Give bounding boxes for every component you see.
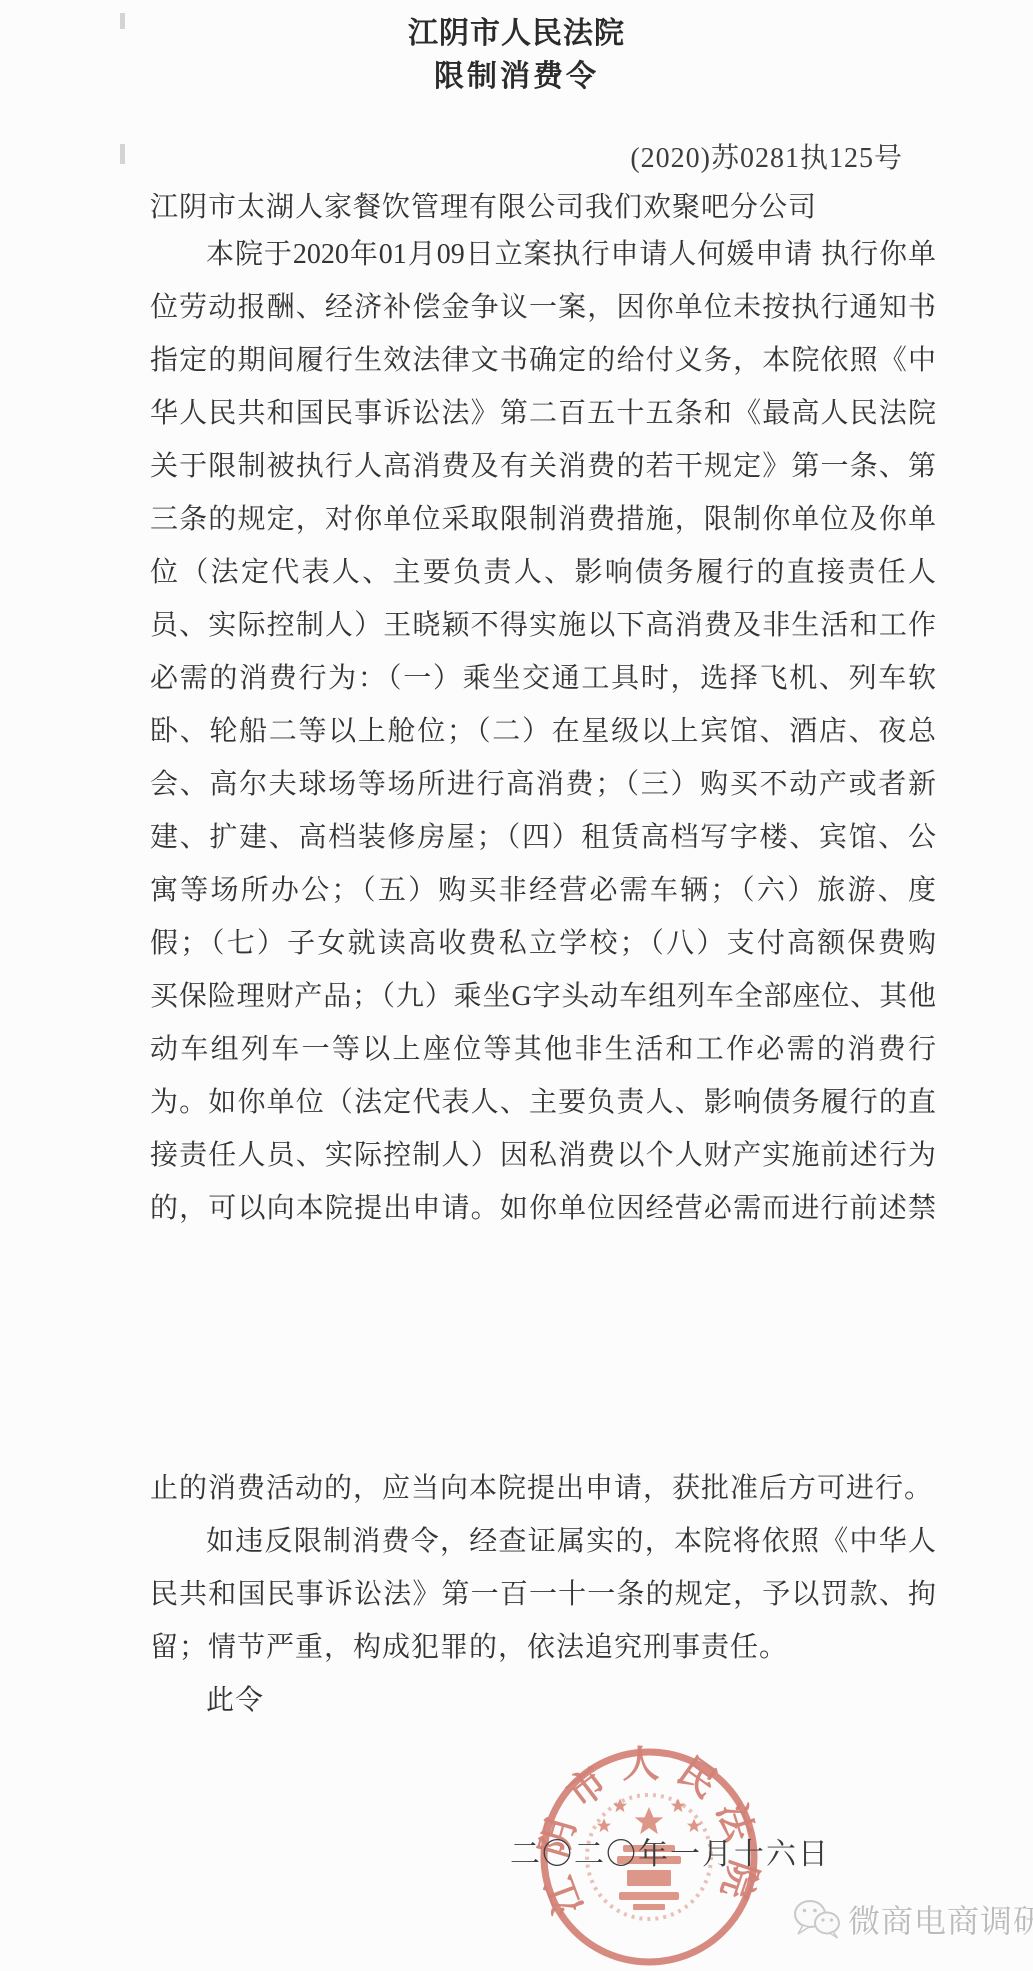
body-line: 卧、轮船二等以上舱位；（二）在星级以上宾馆、酒店、夜总 — [150, 705, 936, 758]
body-line: 寓等场所办公；（五）购买非经营必需车辆；（六）旅游、度 — [150, 864, 936, 917]
issue-date: 二〇二〇年一月十六日 — [510, 1829, 830, 1873]
body-line: 本院于2020年01月09日立案执行申请人何媛申请 执行你单 — [150, 228, 936, 281]
body-line: 员、实际控制人）王晓颖不得实施以下高消费及非生活和工作 — [150, 599, 936, 652]
body-line: 动车组列车一等以上座位等其他非生活和工作必需的消费行 — [150, 1023, 936, 1076]
body-line: 位（法定代表人、主要负责人、影响债务履行的直接责任人 — [150, 546, 936, 599]
body-line: 接责任人员、实际控制人）因私消费以个人财产实施前述行为 — [150, 1129, 936, 1182]
body-paragraph-1-continuation: 止的消费活动的，应当向本院提出申请，获批准后方可进行。 — [150, 1462, 980, 1515]
watermark-label: 微商电商调研 — [848, 1896, 1033, 1942]
body-paragraph-1: 本院于2020年01月09日立案执行申请人何媛申请 执行你单位劳动报酬、经济补偿… — [150, 228, 936, 1235]
body-paragraph-2: 如违反限制消费令，经查证属实的，本院将依照《中华人民共和国民事诉讼法》第一百一十… — [150, 1515, 936, 1674]
body-line: 为。如你单位（法定代表人、主要负责人、影响债务履行的直 — [150, 1076, 936, 1129]
body-line: 必需的消费行为：（一）乘坐交通工具时，选择飞机、列车软 — [150, 652, 936, 705]
body-line: 关于限制被执行人高消费及有关消费的若干规定》第一条、第 — [150, 440, 936, 493]
closing-phrase: 此令 — [150, 1674, 550, 1727]
body-line: 留；情节严重，构成犯罪的，依法追究刑事责任。 — [150, 1621, 936, 1674]
body-line: 民共和国民事诉讼法》第一百一十一条的规定，予以罚款、拘 — [150, 1568, 936, 1621]
body-line: 华人民共和国民事诉讼法》第二百五十五条和《最高人民法院 — [150, 387, 936, 440]
body-line: 会、高尔夫球场等场所进行高消费；（三）购买不动产或者新 — [150, 758, 936, 811]
addressee-line: 江阴市太湖人家餐饮管理有限公司我们欢聚吧分公司 — [150, 181, 950, 234]
case-number: (2020)苏0281执125号 — [0, 136, 903, 176]
document-title: 限制消费令 — [0, 51, 1033, 95]
body-line: 三条的规定，对你单位采取限制消费措施，限制你单位及你单 — [150, 493, 936, 546]
body-line: 买保险理财产品；（九）乘坐G字头动车组列车全部座位、其他 — [150, 970, 936, 1023]
body-line: 的，可以向本院提出申请。如你单位因经营必需而进行前述禁 — [150, 1182, 936, 1235]
document-page: 江阴市人民法院 限制消费令 (2020)苏0281执125号 江阴市太湖人家餐饮… — [0, 0, 1033, 1971]
body-line: 位劳动报酬、经济补偿金争议一案，因你单位未按执行通知书 — [150, 281, 936, 334]
court-name-title: 江阴市人民法院 — [0, 8, 1033, 52]
body-line: 指定的期间履行生效法律文书确定的给付义务，本院依照《中 — [150, 334, 936, 387]
body-line: 假；（七）子女就读高收费私立学校；（八）支付高额保费购 — [150, 917, 936, 970]
watermark: 微商电商调研 — [792, 1896, 1033, 1942]
wechat-icon — [792, 1898, 842, 1940]
body-line: 如违反限制消费令，经查证属实的，本院将依照《中华人 — [150, 1515, 936, 1568]
body-line: 建、扩建、高档装修房屋；（四）租赁高档写字楼、宾馆、公 — [150, 811, 936, 864]
